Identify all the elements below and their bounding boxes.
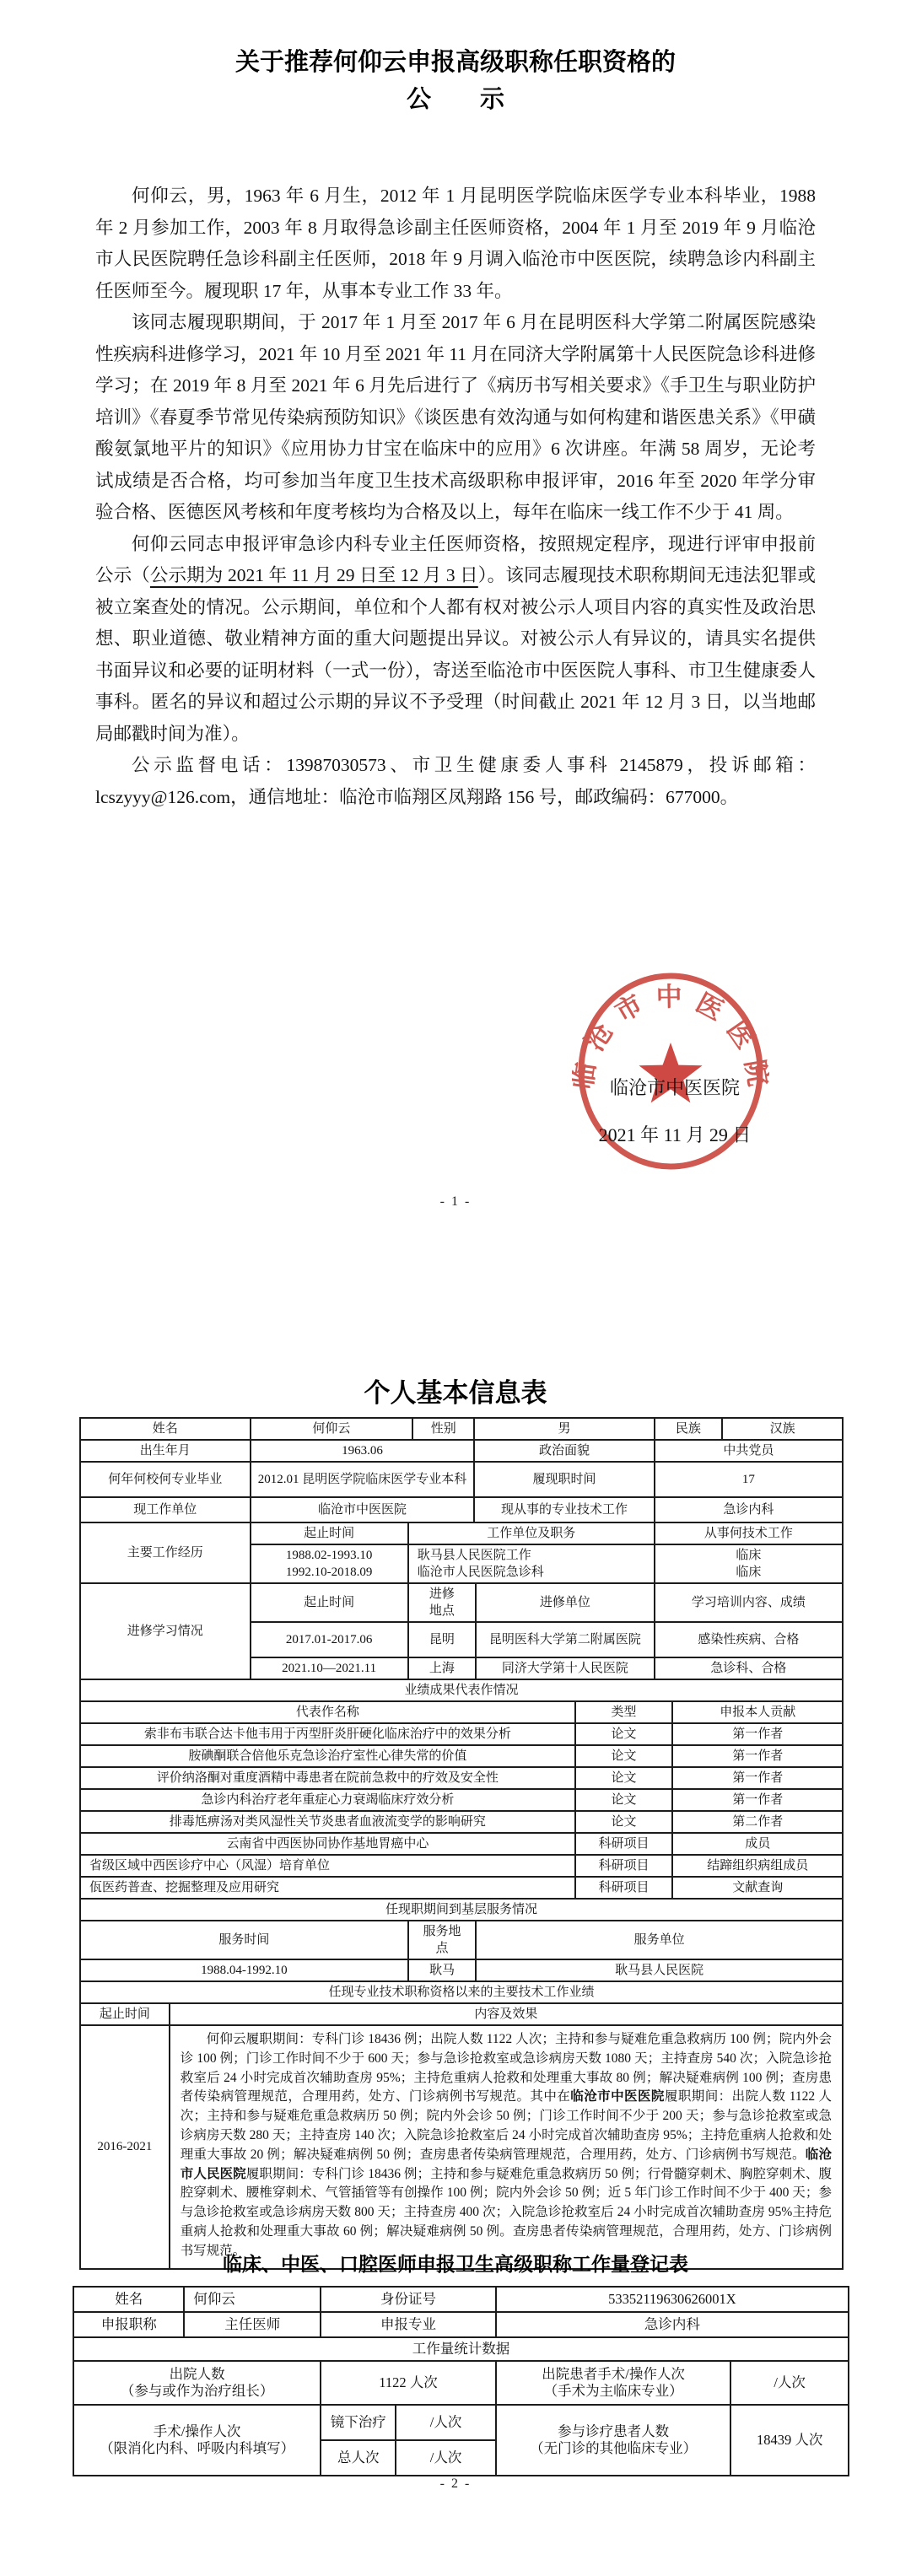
name-label: 姓名 [80, 1418, 251, 1440]
achievement-role: 成员 [672, 1833, 843, 1855]
notice-body: 何仰云，男，1963 年 6 月生，2012 年 1 月昆明医学院临床医学专业本… [95, 181, 816, 813]
treated-patients-label-l2: （无门诊的其他临床专业） [500, 2440, 726, 2457]
employer-label: 现工作单位 [80, 1497, 251, 1522]
info-table-title: 个人基本信息表 [0, 1372, 911, 1409]
birthdate-value: 1963.06 [251, 1440, 475, 1462]
table-row: 胺碘酮联合倍他乐克急诊治疗室性心律失常的价值 论文 第一作者 [80, 1745, 843, 1767]
performance-section-title: 任现专业技术职称资格以来的主要技术工作业绩 [80, 1981, 843, 2003]
table-row: 任现职期间到基层服务情况 [80, 1899, 843, 1921]
achievement-name: 急诊内科治疗老年重症心力衰竭临床疗效分析 [80, 1789, 575, 1811]
work-history-header-org: 工作单位及职务 [408, 1522, 655, 1544]
performance-section-band: 任现专业技术职称资格以来的主要技术工作业绩 [79, 1981, 844, 2004]
workload-table: 姓名 何仰云 身份证号 53352119630626001X 申报职称 主任医师… [73, 2286, 849, 2476]
treated-patients-label-l1: 参与诊疗患者人数 [500, 2423, 726, 2440]
wl-name-value: 何仰云 [184, 2287, 321, 2312]
training-content-1: 感染性疾病、合格 [655, 1622, 843, 1657]
work-org-2: 临沧市人民医院急诊科 [418, 1564, 650, 1581]
operation-label-l1: 手术/操作人次 [78, 2423, 316, 2440]
grassroots-place: 耿马 [408, 1959, 476, 1981]
table-row: 排毒尪痹汤对类风湿性关节炎患者血液流变学的影响研究 论文 第二作者 [80, 1811, 843, 1833]
achievement-role: 结蹄组织病组成员 [672, 1855, 843, 1877]
performance-header-content: 内容及效果 [170, 2003, 843, 2025]
page-number-1: - 1 - [0, 1194, 911, 1210]
grassroots-header-place-l2: 点 [412, 1940, 472, 1957]
achievement-name: 评价纳洛酮对重度酒精中毒患者在院前急救中的疗效及安全性 [80, 1767, 575, 1789]
signature-block: 临沧市中医医院 2021 年 11 月 29 日 [523, 1073, 827, 1151]
signature-organization: 临沧市中医医院 [523, 1073, 827, 1103]
workload-section-title: 工作量统计数据 [73, 2337, 849, 2361]
operation-label: 手术/操作人次 （限消化内科、呼吸内科填写） [73, 2405, 321, 2476]
table-row: 服务时间 服务地 点 服务单位 [80, 1921, 843, 1959]
performance-band: 起止时间 内容及效果 2016-2021 何仰云履职期间：专科门诊 18436 … [79, 2002, 844, 2270]
achievement-type: 科研项目 [575, 1855, 673, 1877]
table-row: 代表作名称 类型 申报本人贡献 [80, 1701, 843, 1723]
table-row: 现工作单位 临沧市中医医院 现从事的专业技术工作 急诊内科 [80, 1497, 843, 1522]
specialty-value: 急诊内科 [655, 1497, 843, 1522]
grassroots-band: 服务时间 服务地 点 服务单位 1988.04-1992.10 耿马 耿马县人民… [79, 1920, 844, 1982]
work-history-label: 主要工作经历 [80, 1522, 251, 1583]
table-row: 急诊内科治疗老年重症心力衰竭临床疗效分析 论文 第一作者 [80, 1789, 843, 1811]
grassroots-time: 1988.04-1992.10 [80, 1959, 408, 1981]
table-row: 出生年月 1963.06 政治面貌 中共党员 [80, 1440, 843, 1462]
achievement-type: 论文 [575, 1723, 673, 1745]
notice-paragraph-2: 该同志履现职期间，于 2017 年 1 月至 2017 年 6 月在昆明医科大学… [95, 307, 816, 529]
table-row: 手术/操作人次 （限消化内科、呼吸内科填写） 镜下治疗 /人次 参与诊疗患者人数… [73, 2405, 849, 2440]
achievement-name: 省级区域中西医诊疗中心（风湿）培育单位 [80, 1855, 575, 1877]
table-row: 任现专业技术职称资格以来的主要技术工作业绩 [80, 1981, 843, 2003]
work-history-header-time: 起止时间 [251, 1522, 408, 1544]
achievement-header-role: 申报本人贡献 [672, 1701, 843, 1723]
discharge-label-l1: 出院人数 [78, 2366, 316, 2383]
work-type-1: 临床 [659, 1547, 838, 1564]
achievement-name: 云南省中西医协同协作基地胃癌中心 [80, 1833, 575, 1855]
work-org-1: 耿马县人民医院工作 [418, 1547, 650, 1564]
achievement-type: 论文 [575, 1789, 673, 1811]
performance-period: 2016-2021 [80, 2025, 170, 2269]
total-visits-value: /人次 [396, 2440, 496, 2476]
discharge-label: 出院人数 （参与或作为治疗组长） [73, 2361, 321, 2405]
training-label: 进修学习情况 [80, 1583, 251, 1679]
work-history-header-type: 从事何技术工作 [655, 1522, 843, 1544]
name-value: 何仰云 [251, 1418, 413, 1440]
table-row: 1988.04-1992.10 耿马 耿马县人民医院 [80, 1959, 843, 1981]
table-row: 省级区域中西医诊疗中心（风湿）培育单位 科研项目 结蹄组织病组成员 [80, 1855, 843, 1877]
achievements-section-title: 业绩成果代表作情况 [80, 1679, 843, 1701]
gender-label: 性别 [412, 1418, 474, 1440]
table-row: 起止时间 内容及效果 [80, 2003, 843, 2025]
workload-id-band: 姓名 何仰云 身份证号 53352119630626001X 申报职称 主任医师… [73, 2286, 849, 2338]
notice-paragraph-4: 公示监督电话：13987030573、市卫生健康委人事科 2145879，投诉邮… [95, 750, 816, 813]
table-row: 主要工作经历 起止时间 工作单位及职务 从事何技术工作 [80, 1522, 843, 1544]
training-header-time: 起止时间 [251, 1583, 408, 1622]
grassroots-header-time: 服务时间 [80, 1921, 408, 1959]
info-basic-band: 姓名 何仰云 性别 男 民族 汉族 出生年月 1963.06 政治面貌 中共党员… [79, 1417, 844, 1523]
achievement-name: 胺碘酮联合倍他乐克急诊治疗室性心律失常的价值 [80, 1745, 575, 1767]
training-band: 进修学习情况 起止时间 进修 地点 进修单位 学习培训内容、成绩 2017.01… [79, 1582, 844, 1680]
achievement-role: 第一作者 [672, 1767, 843, 1789]
politics-value: 中共党员 [655, 1440, 843, 1462]
work-type-2: 临床 [659, 1564, 838, 1581]
treated-patients-label: 参与诊疗患者人数 （无门诊的其他临床专业） [496, 2405, 730, 2476]
workload-discharge-band: 出院人数 （参与或作为治疗组长） 1122 人次 出院患者手术/操作人次 （手术… [73, 2360, 849, 2406]
table-row: 申报职称 主任医师 申报专业 急诊内科 [73, 2312, 849, 2337]
achievement-role: 第一作者 [672, 1789, 843, 1811]
training-time-1: 2017.01-2017.06 [251, 1622, 408, 1657]
training-header-content: 学习培训内容、成绩 [655, 1583, 843, 1622]
grassroots-org: 耿马县人民医院 [476, 1959, 843, 1981]
signature-date: 2021 年 11 月 29 日 [523, 1120, 827, 1151]
achievement-role: 文献查询 [672, 1877, 843, 1899]
achievement-role: 第二作者 [672, 1811, 843, 1833]
table-row: 业绩成果代表作情况 [80, 1679, 843, 1701]
endoscopy-value: /人次 [396, 2405, 496, 2440]
achievement-type: 论文 [575, 1811, 673, 1833]
wl-specialty-value: 急诊内科 [496, 2312, 849, 2337]
gender-value: 男 [474, 1418, 654, 1440]
work-time-2: 1992.10-2018.09 [255, 1564, 404, 1581]
ethnicity-value: 汉族 [722, 1418, 843, 1440]
achievement-name: 佤医药普查、挖掘整理及应用研究 [80, 1877, 575, 1899]
performance-header-time: 起止时间 [80, 2003, 170, 2025]
achievement-header-type: 类型 [575, 1701, 673, 1723]
discharge-value: 1122 人次 [321, 2361, 496, 2405]
training-header-org: 进修单位 [476, 1583, 655, 1622]
grassroots-section-band: 任现职期间到基层服务情况 [79, 1898, 844, 1921]
notice-paragraph-3: 何仰云同志申报评审急诊内科专业主任医师资格，按照规定程序，现进行评审申报前公示（… [95, 529, 816, 751]
work-history-band: 主要工作经历 起止时间 工作单位及职务 从事何技术工作 1988.02-1993… [79, 1522, 844, 1584]
training-header-place: 进修 地点 [408, 1583, 476, 1622]
achievement-role: 第一作者 [672, 1745, 843, 1767]
grassroots-header-org: 服务单位 [476, 1921, 843, 1959]
wl-title-value: 主任医师 [184, 2312, 321, 2337]
training-org-2: 同济大学第十人民医院 [476, 1657, 655, 1679]
training-header-place-l1: 进修 [412, 1586, 472, 1603]
document-canvas: 关于推荐何仰云申报高级职称任职资格的 公 示 何仰云，男，1963 年 6 月生… [0, 0, 911, 2576]
training-place-2: 上海 [408, 1657, 476, 1679]
notice-title-line2: 公 示 [0, 81, 911, 118]
table-row: 出院人数 （参与或作为治疗组长） 1122 人次 出院患者手术/操作人次 （手术… [73, 2361, 849, 2405]
employer-value: 临沧市中医医院 [251, 1497, 475, 1522]
page-number-2: - 2 - [0, 2476, 911, 2492]
workload-table-title: 临床、中医、口腔医师申报卫生高级职称工作量登记表 [0, 2249, 911, 2277]
discharge-surgery-label: 出院患者手术/操作人次 （手术为主临床专业） [496, 2361, 730, 2405]
wl-id-label: 身份证号 [321, 2287, 496, 2312]
grassroots-section-title: 任现职期间到基层服务情况 [80, 1899, 843, 1921]
achievement-name: 索非布韦联合达卡他韦用于丙型肝炎肝硬化临床治疗中的效果分析 [80, 1723, 575, 1745]
achievement-type: 科研项目 [575, 1833, 673, 1855]
treated-patients-value: 18439 人次 [730, 2405, 849, 2476]
table-row: 姓名 何仰云 身份证号 53352119630626001X [73, 2287, 849, 2312]
training-time-2: 2021.10—2021.11 [251, 1657, 408, 1679]
performance-content: 何仰云履职期间：专科门诊 18436 例；出院人数 1122 人次；主持和参与疑… [170, 2025, 843, 2269]
performance-text-3: 履职期间：专科门诊 18436 例；主持和参与疑难危重急救病历 50 例；行骨髓… [181, 2167, 832, 2258]
notice-paragraph-1: 何仰云，男，1963 年 6 月生，2012 年 1 月昆明医学院临床医学专业本… [95, 181, 816, 307]
tenure-value: 17 [655, 1462, 843, 1497]
table-row: 进修学习情况 起止时间 进修 地点 进修单位 学习培训内容、成绩 [80, 1583, 843, 1622]
politics-label: 政治面貌 [474, 1440, 654, 1462]
specialty-label: 现从事的专业技术工作 [474, 1497, 654, 1522]
workload-section-band: 工作量统计数据 [73, 2336, 849, 2362]
personal-info-table: 姓名 何仰云 性别 男 民族 汉族 出生年月 1963.06 政治面貌 中共党员… [79, 1417, 844, 2270]
table-row: 索非布韦联合达卡他韦用于丙型肝炎肝硬化临床治疗中的效果分析 论文 第一作者 [80, 1723, 843, 1745]
ethnicity-label: 民族 [655, 1418, 722, 1440]
tenure-label: 履现职时间 [474, 1462, 654, 1497]
birthdate-label: 出生年月 [80, 1440, 251, 1462]
work-time-1: 1988.02-1993.10 [255, 1547, 404, 1564]
achievement-type: 科研项目 [575, 1877, 673, 1899]
grassroots-header-place-l1: 服务地 [412, 1923, 472, 1940]
table-row: 工作量统计数据 [73, 2337, 849, 2361]
achievement-name: 排毒尪痹汤对类风湿性关节炎患者血液流变学的影响研究 [80, 1811, 575, 1833]
work-history-orgs: 耿马县人民医院工作 临沧市人民医院急诊科 [408, 1544, 655, 1583]
graduation-value: 2012.01 昆明医学院临床医学专业本科 [251, 1462, 475, 1497]
notice-title: 关于推荐何仰云申报高级职称任职资格的 公 示 [0, 44, 911, 118]
table-row: 姓名 何仰云 性别 男 民族 汉族 [80, 1418, 843, 1440]
wl-name-label: 姓名 [73, 2287, 184, 2312]
endoscopy-label: 镜下治疗 [321, 2405, 396, 2440]
training-header-place-l2: 地点 [412, 1603, 472, 1619]
achievement-role: 第一作者 [672, 1723, 843, 1745]
table-row: 云南省中西医协同协作基地胃癌中心 科研项目 成员 [80, 1833, 843, 1855]
training-place-1: 昆明 [408, 1622, 476, 1657]
achievement-type: 论文 [575, 1767, 673, 1789]
notice-title-line1: 关于推荐何仰云申报高级职称任职资格的 [0, 44, 911, 81]
discharge-surgery-label-l1: 出院患者手术/操作人次 [500, 2366, 726, 2383]
work-history-times: 1988.02-1993.10 1992.10-2018.09 [251, 1544, 408, 1583]
table-row: 何年何校何专业毕业 2012.01 昆明医学院临床医学专业本科 履现职时间 17 [80, 1462, 843, 1497]
discharge-label-l2: （参与或作为治疗组长） [78, 2383, 316, 2400]
table-row: 佤医药普查、挖掘整理及应用研究 科研项目 文献查询 [80, 1877, 843, 1899]
wl-title-label: 申报职称 [73, 2312, 184, 2337]
total-visits-label: 总人次 [321, 2440, 396, 2476]
discharge-surgery-value: /人次 [730, 2361, 849, 2405]
table-row: 评价纳洛酮对重度酒精中毒患者在院前急救中的疗效及安全性 论文 第一作者 [80, 1767, 843, 1789]
grassroots-header-place: 服务地 点 [408, 1921, 476, 1959]
achievements-band: 代表作名称 类型 申报本人贡献 索非布韦联合达卡他韦用于丙型肝炎肝硬化临床治疗中… [79, 1700, 844, 1900]
achievements-section-band: 业绩成果代表作情况 [79, 1679, 844, 1702]
wl-specialty-label: 申报专业 [321, 2312, 496, 2337]
discharge-surgery-label-l2: （手术为主临床专业） [500, 2383, 726, 2400]
operation-label-l2: （限消化内科、呼吸内科填写） [78, 2440, 316, 2457]
work-history-types: 临床 临床 [655, 1544, 843, 1583]
workload-operation-band: 手术/操作人次 （限消化内科、呼吸内科填写） 镜下治疗 /人次 参与诊疗患者人数… [73, 2404, 849, 2476]
table-row: 2016-2021 何仰云履职期间：专科门诊 18436 例；出院人数 1122… [80, 2025, 843, 2269]
graduation-label: 何年何校何专业毕业 [80, 1462, 251, 1497]
achievement-type: 论文 [575, 1745, 673, 1767]
training-content-2: 急诊科、合格 [655, 1657, 843, 1679]
notice-p3-after: ）。该同志履现技术职称期间无违法犯罪或被立案查处的情况。公示期间，单位和个人都有… [95, 565, 816, 744]
training-org-1: 昆明医科大学第二附属医院 [476, 1622, 655, 1657]
performance-hospital-1: 临沧市中医医院 [570, 2089, 665, 2104]
wl-id-value: 53352119630626001X [496, 2287, 849, 2312]
notice-period-underline: 公示期为 2021 年 11 月 29 日至 12 月 3 日 [150, 565, 478, 585]
achievement-header-name: 代表作名称 [80, 1701, 575, 1723]
